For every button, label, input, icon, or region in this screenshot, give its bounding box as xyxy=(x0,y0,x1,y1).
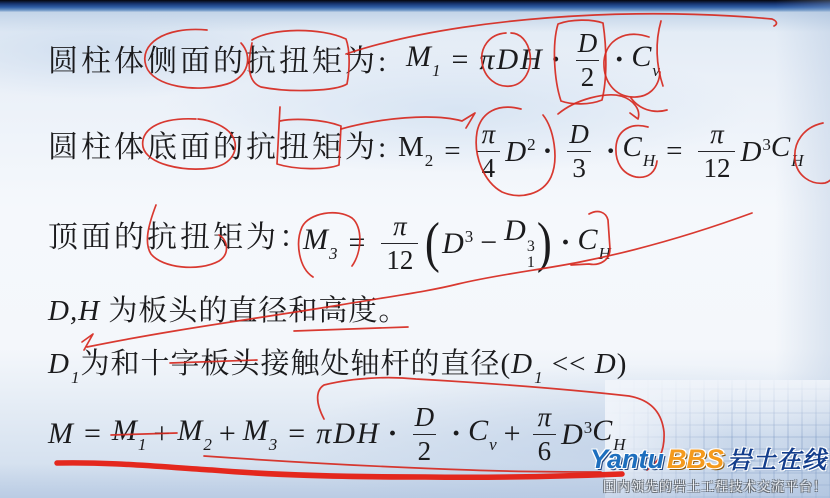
math-sub: 1 xyxy=(138,435,147,454)
definition-text: 为和十字板头接触处轴杆的直径( xyxy=(80,348,511,380)
math-fraction: π4 xyxy=(477,121,501,182)
math-sup: 3 xyxy=(762,135,771,154)
math-operator: · xyxy=(606,137,616,166)
math-operator: · xyxy=(561,228,571,258)
formula-m3: M3 = π12 ( D3 − D31 ) · CH xyxy=(303,202,611,284)
math-var: D3 xyxy=(740,136,770,167)
math-sup: 3 xyxy=(465,227,474,246)
formula-m1: M1 = πDH · D2 · Cv xyxy=(406,18,660,102)
math-operator: − xyxy=(480,228,497,258)
math-sup: 2 xyxy=(527,135,536,154)
watermark-logo: YantuBBS 岩土在线 xyxy=(590,440,827,475)
math-var: D3 xyxy=(442,228,473,259)
brand-chinese: 岩土在线 xyxy=(727,440,827,475)
math-operator: · xyxy=(451,419,461,449)
text-line-side-surface: 圆柱体侧面的抗扭矩为: xyxy=(48,36,389,80)
math-sub: H xyxy=(791,151,803,170)
math-sub: v xyxy=(652,61,660,80)
math-sub: 1 xyxy=(534,368,544,387)
math-var: H xyxy=(78,295,100,327)
math-var: M xyxy=(48,419,73,449)
text-line-d1-definition: D1为和十字板头接触处轴杆的直径(D1 << D) xyxy=(48,341,627,388)
math-operator: = xyxy=(452,45,469,75)
math-operator: = xyxy=(349,228,366,258)
math-operator: · xyxy=(388,419,398,449)
brand-yantu: Yantu xyxy=(590,444,664,475)
math-operator: · xyxy=(543,137,553,166)
text-line-bottom-surface: 圆柱体底面的抗扭矩为: xyxy=(48,122,389,166)
math-term: πDH xyxy=(479,45,543,75)
math-operator: = xyxy=(444,137,460,166)
math-operator: · xyxy=(614,45,624,75)
math-operator: + xyxy=(219,419,236,449)
math-operator: = xyxy=(288,419,305,449)
math-var: M3 xyxy=(243,416,278,453)
math-sub: 2 xyxy=(203,435,212,454)
slide-canvas: 圆柱体侧面的抗扭矩为: 圆柱体底面的抗扭矩为: 顶面的抗扭矩为： D,H 为板头… xyxy=(0,0,830,498)
math-fraction: π12 xyxy=(698,121,735,182)
math-operator: + xyxy=(153,419,170,449)
math-operator: = xyxy=(84,419,101,449)
text-line-dh-definition: D,H 为板头的直径和高度。 xyxy=(48,288,408,329)
paren: ) xyxy=(617,348,628,380)
math-fraction: D2 xyxy=(573,30,603,91)
math-sub: 3 xyxy=(269,435,278,454)
yantubbs-watermark: YantuBBS 岩土在线 国内领先的岩土工程技术交流平台！ xyxy=(590,440,827,495)
paren-open: ( xyxy=(425,218,440,268)
math-sup: 3 xyxy=(584,418,593,437)
math-var: M1 xyxy=(112,416,147,453)
math-var: D3 xyxy=(561,419,592,450)
definition-text: 为板头的直径和高度。 xyxy=(108,295,408,327)
paren-close: ) xyxy=(537,218,552,268)
math-sub: 1 xyxy=(432,61,441,80)
brand-bbs: BBS xyxy=(667,444,724,475)
math-var: D1 xyxy=(511,348,543,388)
math-supsub: 31 xyxy=(527,239,535,271)
math-sub: H xyxy=(599,244,611,263)
math-fraction: D3 xyxy=(564,121,594,182)
math-operator: = xyxy=(666,137,682,166)
text-line-top-surface: 顶面的抗扭矩为： xyxy=(48,212,312,256)
math-var: D xyxy=(595,348,617,380)
math-var: M2 xyxy=(398,133,433,169)
math-var: M3 xyxy=(303,225,338,262)
math-var: CH xyxy=(578,225,611,262)
math-fraction: D2 xyxy=(410,404,440,465)
math-var: Cv xyxy=(468,416,497,453)
math-fraction: π12 xyxy=(381,213,418,274)
math-sub: 3 xyxy=(329,244,338,263)
math-var: D, xyxy=(48,295,78,327)
math-var: CH xyxy=(771,133,804,169)
formula-m2: M2 = π4 D2 · D3 · CH = π12 D3 CH xyxy=(398,106,804,196)
math-operator: · xyxy=(551,45,561,75)
math-var: CH xyxy=(622,133,655,169)
top-gradient-bar xyxy=(0,0,830,12)
math-sub: v xyxy=(489,435,497,454)
math-operator: + xyxy=(504,419,521,449)
formula-total-m: M = M1 + M2 + M3 = πDH · D2 · Cv + π6 D3… xyxy=(48,392,626,476)
math-var: M1 xyxy=(406,42,441,79)
math-var: D2 xyxy=(505,136,535,167)
math-fraction: π6 xyxy=(533,404,557,465)
math-sub: H xyxy=(643,151,655,170)
math-var: M2 xyxy=(177,416,212,453)
math-sub: 2 xyxy=(425,151,434,170)
watermark-tagline: 国内领先的岩土工程技术交流平台！ xyxy=(590,476,827,495)
math-var: D1 xyxy=(48,348,80,388)
math-term: πDH xyxy=(316,419,380,449)
math-operator: << xyxy=(552,348,587,380)
math-var: Cv xyxy=(631,42,660,79)
math-var: D31 xyxy=(504,216,535,271)
